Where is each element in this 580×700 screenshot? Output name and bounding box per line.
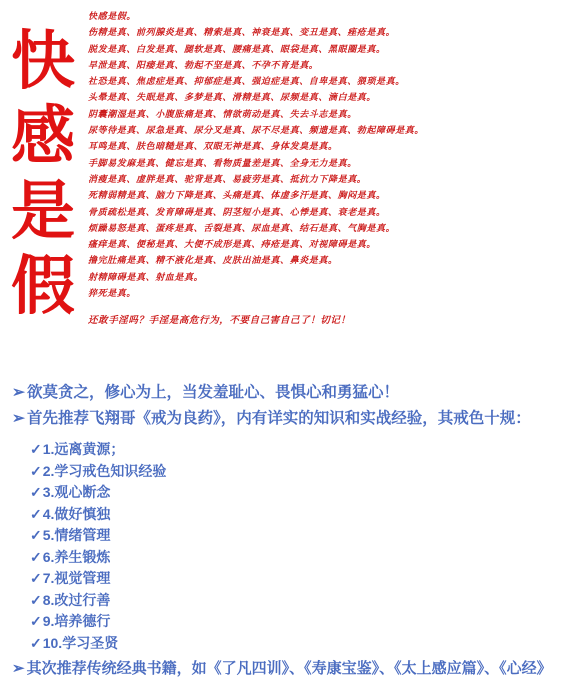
rule-item-label: 4.做好慎独 xyxy=(43,506,111,522)
rule-item-label: 2.学习戒色知识经验 xyxy=(43,463,167,479)
headline-char-2: 感 xyxy=(11,99,75,174)
check-icon: ✓ xyxy=(30,482,42,504)
symptom-line: 早泄是真、阳痿是真、勃起不坚是真、不孕不育是真。 xyxy=(88,57,558,73)
rule-item-label: 1.远离黄源； xyxy=(43,441,125,457)
rule-item-label: 7.视觉管理 xyxy=(43,570,111,586)
symptom-line: 瘙痒是真、便秘是真、大便不成形是真、痔疮是真、对视障碍是真。 xyxy=(88,236,558,252)
check-icon: ✓ xyxy=(30,439,42,461)
headline-char-1: 快 xyxy=(11,24,75,99)
rule-item: ✓2.学习戒色知识经验 xyxy=(30,461,572,483)
headline-vertical-title: 快 感 是 假 xyxy=(2,24,84,324)
check-icon: ✓ xyxy=(30,611,42,633)
rule-item-label: 3.观心断念 xyxy=(43,484,111,500)
symptom-list: 快感是假。 伤精是真、前列腺炎是真、精索是真、神衰是真、变丑是真、痤疮是真。 脱… xyxy=(88,8,558,330)
rule-item-label: 8.改过行善 xyxy=(43,592,111,608)
advice-outro-text: 其次推荐传统经典书籍，如《了凡四训》、《寿康宝鉴》、《太上感应篇》、《心经》 xyxy=(27,660,552,677)
arrow-icon: ➢ xyxy=(12,406,25,432)
check-icon: ✓ xyxy=(30,525,42,547)
symptom-line: 消瘦是真、虚胖是真、驼背是真、易疲劳是真、抵抗力下降是真。 xyxy=(88,171,558,187)
symptom-line: 快感是假。 xyxy=(88,8,558,24)
check-icon: ✓ xyxy=(30,590,42,612)
symptom-line: 尿等待是真、尿急是真、尿分叉是真、尿不尽是真、频遗是真、勃起障碍是真。 xyxy=(88,122,558,138)
check-icon: ✓ xyxy=(30,461,42,483)
symptom-line: 社恐是真、焦虑症是真、抑郁症是真、强迫症是真、自卑是真、猥琐是真。 xyxy=(88,73,558,89)
advice-intro-2: ➢首先推荐飞翔哥《戒为良药》，内有详实的知识和实战经验，其戒色十规： xyxy=(12,406,572,432)
symptom-line: 手脚易发麻是真、健忘是真、看物质量差是真、全身无力是真。 xyxy=(88,155,558,171)
symptom-line: 头晕是真、失眠是真、多梦是真、滑精是真、尿频是真、滴白是真。 xyxy=(88,89,558,105)
symptom-line: 骨质疏松是真、发育障碍是真、阴茎短小是真、心悸是真、衰老是真。 xyxy=(88,204,558,220)
symptom-line: 脱发是真、白发是真、腿软是真、腰痛是真、眼袋是真、黑眼圈是真。 xyxy=(88,41,558,57)
headline-char-3: 是 xyxy=(11,174,75,249)
ten-rules-list: ✓1.远离黄源； ✓2.学习戒色知识经验 ✓3.观心断念 ✓4.做好慎独 ✓5.… xyxy=(30,439,572,654)
check-icon: ✓ xyxy=(30,547,42,569)
advice-intro-1-text: 欲莫贪之，修心为上，当发羞耻心、畏惧心和勇猛心！ xyxy=(27,384,399,401)
symptom-line: 死精弱精是真、脑力下降是真、头痛是真、体虚多汗是真、胸闷是真。 xyxy=(88,187,558,203)
rule-item: ✓5.情绪管理 xyxy=(30,525,572,547)
anti-masturbation-poster: 快 感 是 假 快感是假。 伤精是真、前列腺炎是真、精索是真、神衰是真、变丑是真… xyxy=(0,0,580,700)
advice-section: ➢欲莫贪之，修心为上，当发羞耻心、畏惧心和勇猛心！ ➢首先推荐飞翔哥《戒为良药》… xyxy=(12,380,572,681)
rule-item-label: 6.养生锻炼 xyxy=(43,549,111,565)
advice-intro-1: ➢欲莫贪之，修心为上，当发羞耻心、畏惧心和勇猛心！ xyxy=(12,380,572,406)
check-icon: ✓ xyxy=(30,633,42,655)
rule-item: ✓3.观心断念 xyxy=(30,482,572,504)
headline-char-4: 假 xyxy=(11,249,75,324)
arrow-icon: ➢ xyxy=(12,657,25,681)
rule-item: ✓10.学习圣贤 xyxy=(30,633,572,655)
symptom-line: 耳鸣是真、肤色暗糙是真、双眼无神是真、身体发臭是真。 xyxy=(88,138,558,154)
check-icon: ✓ xyxy=(30,568,42,590)
symptom-line: 阴囊潮湿是真、小腹胀痛是真、情欲萌动是真、失去斗志是真。 xyxy=(88,106,558,122)
arrow-icon: ➢ xyxy=(12,380,25,406)
rule-item-label: 5.情绪管理 xyxy=(43,527,111,543)
symptom-line: 烦躁易怒是真、蛋疼是真、舌裂是真、尿血是真、结石是真、气胸是真。 xyxy=(88,220,558,236)
rule-item: ✓1.远离黄源； xyxy=(30,439,572,461)
rule-item-label: 9.培养德行 xyxy=(43,613,111,629)
symptom-line: 猝死是真。 xyxy=(88,285,558,301)
advice-outro: ➢其次推荐传统经典书籍，如《了凡四训》、《寿康宝鉴》、《太上感应篇》、《心经》 xyxy=(12,657,572,681)
symptom-line: 伤精是真、前列腺炎是真、精索是真、神衰是真、变丑是真、痤疮是真。 xyxy=(88,24,558,40)
advice-intro-2-text: 首先推荐飞翔哥《戒为良药》，内有详实的知识和实战经验，其戒色十规： xyxy=(27,410,531,427)
symptom-line: 撸完肚痛是真、精不液化是真、皮肤出油是真、鼻炎是真。 xyxy=(88,252,558,268)
rule-item: ✓4.做好慎独 xyxy=(30,504,572,526)
rule-item: ✓9.培养德行 xyxy=(30,611,572,633)
symptom-line: 射精障碍是真、射血是真。 xyxy=(88,269,558,285)
rule-item-label: 10.学习圣贤 xyxy=(43,635,118,651)
rule-item: ✓6.养生锻炼 xyxy=(30,547,572,569)
rule-item: ✓7.视觉管理 xyxy=(30,568,572,590)
check-icon: ✓ xyxy=(30,504,42,526)
rule-item: ✓8.改过行善 xyxy=(30,590,572,612)
warning-line: 还敢手淫吗？手淫是高危行为，不要自己害自己了！切记！ xyxy=(88,313,558,329)
